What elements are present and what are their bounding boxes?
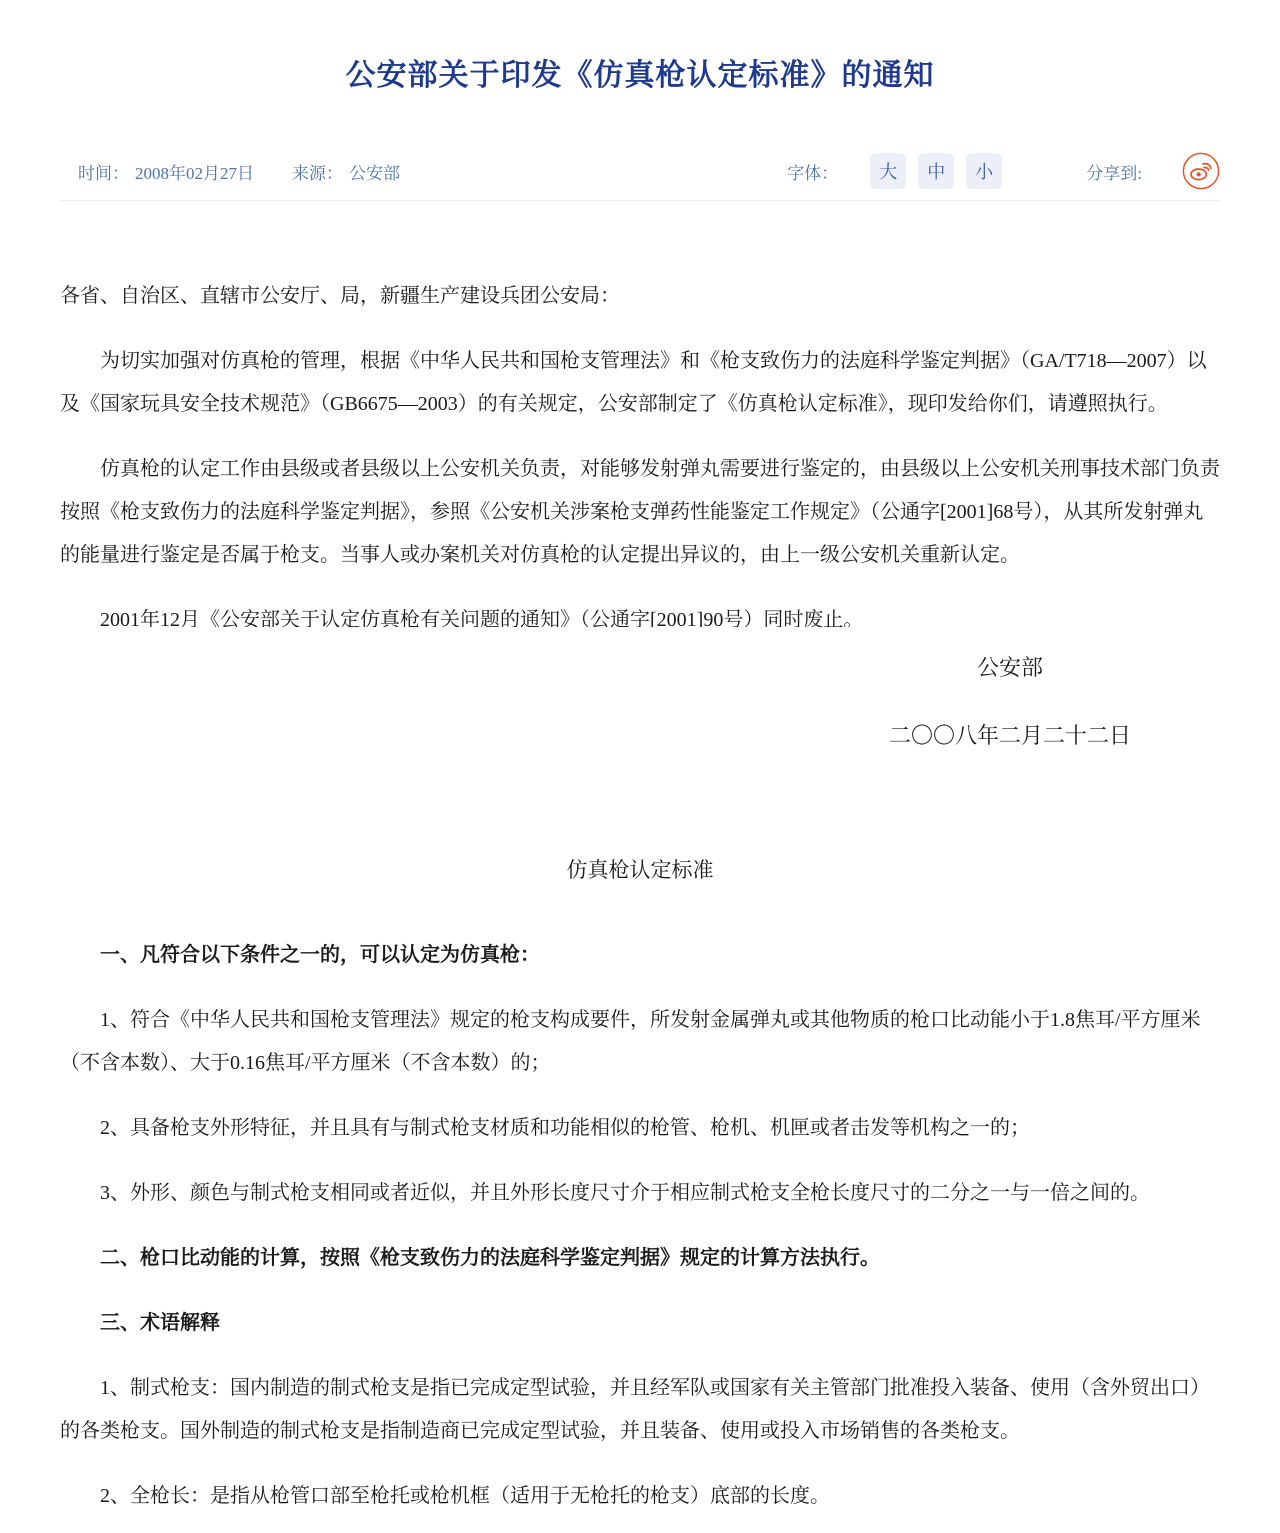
font-size-large-button[interactable]: 大: [870, 153, 906, 189]
standard-item-1-2: 2、具备枪支外形特征，并且具有与制式枪支材质和功能相似的枪管、枪机、机匣或者击发…: [60, 1107, 1220, 1150]
source-label: 来源：: [292, 159, 343, 184]
source-value: 公安部: [349, 159, 400, 184]
time-value: 2008年02月27日: [135, 159, 254, 184]
standard-item-3-2: 2、全枪长：是指从枪管口部至枪托或枪机框（适用于无枪托的枪支）底部的长度。: [60, 1475, 1220, 1518]
page-title: 公安部关于印发《仿真枪认定标准》的通知: [60, 50, 1220, 94]
signature: 公安部: [820, 653, 1200, 683]
standard-item-3-1: 1、制式枪支：国内制造的制式枪支是指已完成定型试验，并且经军队或国家有关主管部门…: [60, 1367, 1220, 1453]
standard-heading-2: 二、枪口比动能的计算，按照《枪支致伤力的法庭科学鉴定判据》规定的计算方法执行。: [60, 1237, 1220, 1280]
standard-body: 一、凡符合以下条件之一的，可以认定为仿真枪： 1、符合《中华人民共和国枪支管理法…: [60, 934, 1220, 1518]
time-label: 时间：: [78, 159, 129, 184]
notice-page: 公安部关于印发《仿真枪认定标准》的通知 时间： 2008年02月27日 来源： …: [0, 50, 1280, 1518]
standard-item-1-1: 1、符合《中华人民共和国枪支管理法》规定的枪支构成要件，所发射金属弹丸或其他物质…: [60, 999, 1220, 1085]
meta-row: 时间： 2008年02月27日 来源： 公安部 字体： 大 中 小 分享到:: [60, 152, 1220, 190]
standard-heading-3: 三、术语解释: [60, 1302, 1220, 1345]
divider: [60, 200, 1220, 201]
weibo-share-icon[interactable]: [1182, 152, 1220, 190]
meta-tools: 字体： 大 中 小 分享到:: [787, 152, 1220, 190]
standard-item-1-3: 3、外形、颜色与制式枪支相同或者近似，并且外形长度尺寸介于相应制式枪支全枪长度尺…: [60, 1172, 1220, 1215]
share-label: 分享到:: [1086, 159, 1142, 184]
standard-heading-1: 一、凡符合以下条件之一的，可以认定为仿真枪：: [60, 934, 1220, 977]
paragraph: 为切实加强对仿真枪的管理，根据《中华人民共和国枪支管理法》和《枪支致伤力的法庭科…: [60, 340, 1220, 426]
standard-title: 仿真枪认定标准: [60, 849, 1220, 892]
font-size-label: 字体：: [787, 159, 838, 184]
font-size-medium-button[interactable]: 中: [918, 153, 954, 189]
meta-info: 时间： 2008年02月27日 来源： 公安部: [60, 159, 438, 184]
document-body: 各省、自治区、直辖市公安厅、局，新疆生产建设兵团公安局： 为切实加强对仿真枪的管…: [60, 275, 1220, 1518]
paragraph-clipped: 2001年12月《公安部关于认定仿真枪有关问题的通知》（公通字[2001]90号…: [60, 599, 1220, 627]
signature-block: 公安部 二〇〇八年二月二十二日: [820, 653, 1200, 751]
font-size-small-button[interactable]: 小: [966, 153, 1002, 189]
paragraph: 仿真枪的认定工作由县级或者县级以上公安机关负责，对能够发射弹丸需要进行鉴定的，由…: [60, 448, 1220, 577]
salutation: 各省、自治区、直辖市公安厅、局，新疆生产建设兵团公安局：: [60, 275, 1220, 318]
signature-date: 二〇〇八年二月二十二日: [820, 721, 1200, 751]
